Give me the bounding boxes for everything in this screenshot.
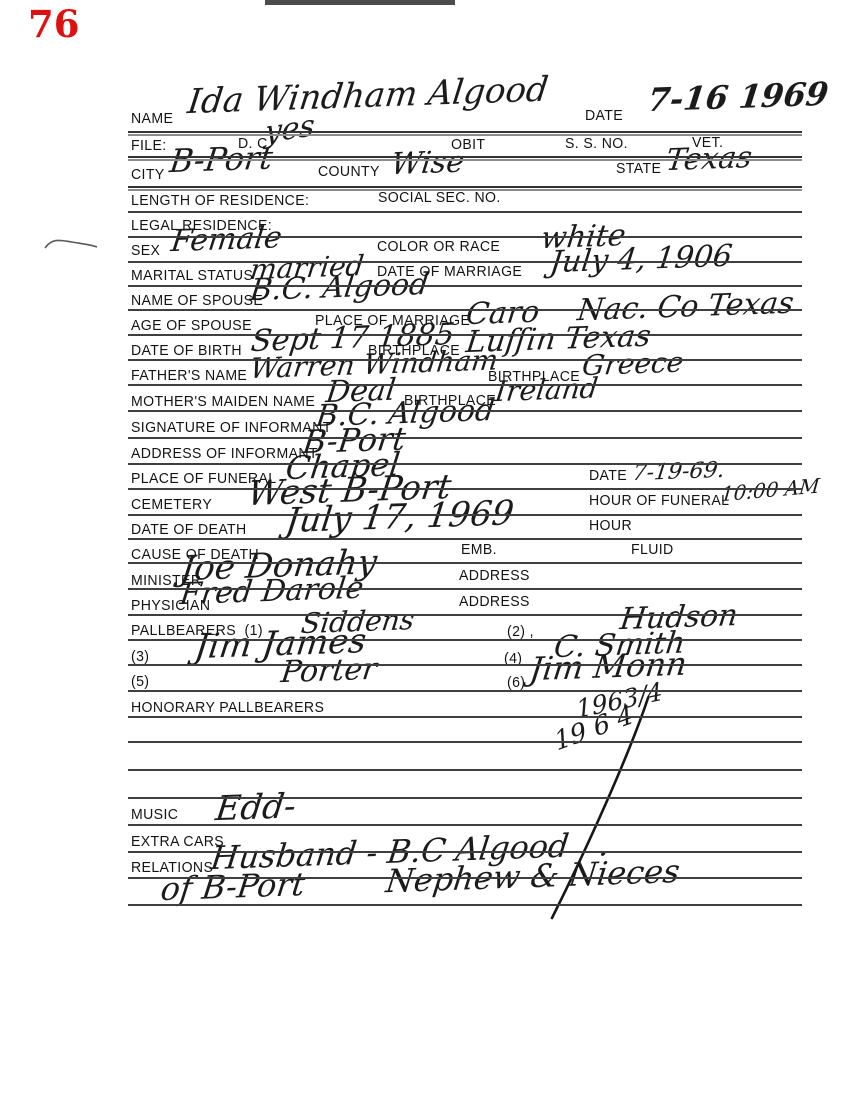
city-label: CITY	[131, 166, 165, 183]
ruled-line	[128, 410, 802, 412]
fluid-label: FLUID	[631, 541, 674, 558]
ruled-line	[128, 261, 802, 263]
color-or-race-label: COLOR OR RACE	[377, 238, 500, 255]
length-of-residence-label: LENGTH OF RESIDENCE:	[131, 192, 309, 209]
ruled-line	[128, 877, 802, 879]
ruled-line	[128, 437, 802, 439]
name-value: Ida Windham Algood	[186, 72, 550, 119]
margin-squiggle	[42, 232, 102, 256]
state-label: STATE	[616, 160, 661, 177]
ruled-line	[128, 851, 802, 853]
pallbearers-5-label: (5)	[131, 673, 149, 690]
pallbearers-6-label: (6)	[507, 674, 525, 691]
pallbearers-2-label: (2) ,	[507, 623, 534, 640]
page-number: 76	[28, 2, 80, 46]
ssn-label: S. S. NO.	[565, 135, 628, 152]
county-label: COUNTY	[318, 163, 380, 180]
ruled-line	[128, 588, 802, 590]
funeral-date-label: DATE	[589, 467, 627, 484]
ruled-line	[128, 690, 802, 692]
pallbearers-5-value: Porter	[279, 655, 378, 688]
ruled-line	[128, 741, 802, 743]
signature-of-informant-label: SIGNATURE OF INFORMANT	[131, 419, 332, 436]
ruled-line	[128, 131, 802, 136]
emb-label: EMB.	[461, 541, 497, 558]
date-value: 7-16 1969	[646, 78, 830, 116]
sex-label: SEX	[131, 242, 160, 259]
ruled-line	[128, 904, 802, 906]
age-of-spouse-label: AGE OF SPOUSE	[131, 317, 252, 334]
mother-birthplace-value: Ireland	[494, 374, 600, 406]
pallbearers-3-label: (3)	[131, 648, 149, 665]
physician-value: Fred Darole	[178, 574, 365, 611]
extra-cars-label: EXTRA CARS	[131, 833, 224, 850]
cemetery-label: CEMETERY	[131, 496, 212, 513]
ruled-line	[128, 797, 802, 799]
ruled-line	[128, 639, 802, 641]
ruled-line	[128, 285, 802, 287]
ruled-line	[128, 824, 802, 826]
ruled-line	[128, 359, 802, 361]
music-value: Edd-	[214, 789, 298, 826]
minister-address-label: ADDRESS	[459, 567, 530, 584]
fathers-name-label: FATHER'S NAME	[131, 367, 247, 384]
hour-of-funeral-label: HOUR OF FUNERAL	[589, 492, 729, 509]
music-label: MUSIC	[131, 806, 178, 823]
ruled-line	[128, 716, 802, 718]
ruled-line	[128, 463, 802, 465]
hour-label: HOUR	[589, 517, 632, 534]
name-of-spouse-value: B.C. Algood	[248, 270, 430, 306]
pallbearers-6-value: Jim Monn	[528, 648, 689, 686]
date-of-marriage-value: July 4, 1906	[548, 242, 734, 278]
social-sec-no-label: SOCIAL SEC. NO.	[378, 189, 501, 206]
ruled-line	[128, 769, 802, 771]
ruled-line	[128, 156, 802, 161]
top-edge-scan-bar	[265, 0, 455, 5]
ruled-line	[128, 334, 802, 336]
ruled-line	[128, 538, 802, 540]
name-label: NAME	[131, 110, 173, 127]
ruled-line	[128, 309, 802, 311]
county-value: Wise	[389, 147, 466, 180]
ruled-line	[128, 236, 802, 238]
name-of-spouse-label: NAME OF SPOUSE	[131, 292, 263, 309]
ruled-line	[128, 514, 802, 516]
ruled-line	[128, 614, 802, 616]
date-of-death-value: July 17, 1969	[284, 496, 516, 538]
ruled-line	[128, 562, 802, 564]
date-of-death-label: DATE OF DEATH	[131, 521, 247, 538]
ruled-line	[128, 384, 802, 386]
physician-address-label: ADDRESS	[459, 593, 530, 610]
mothers-maiden-name-label: MOTHER'S MAIDEN NAME	[131, 393, 315, 410]
ruled-line	[128, 186, 802, 191]
marital-status-label: MARITAL STATUS	[131, 267, 253, 284]
ruled-line	[128, 211, 802, 213]
file-label: FILE:	[131, 137, 167, 154]
honorary-pallbearers-label: HONORARY PALLBEARERS	[131, 699, 324, 716]
date-of-birth-label: DATE OF BIRTH	[131, 342, 242, 359]
ruled-line	[128, 488, 802, 490]
scanned-funeral-record-page: { "page": { "number": "76" }, "fields": …	[0, 0, 850, 1100]
date-label: DATE	[585, 107, 623, 124]
ruled-line	[128, 664, 802, 666]
